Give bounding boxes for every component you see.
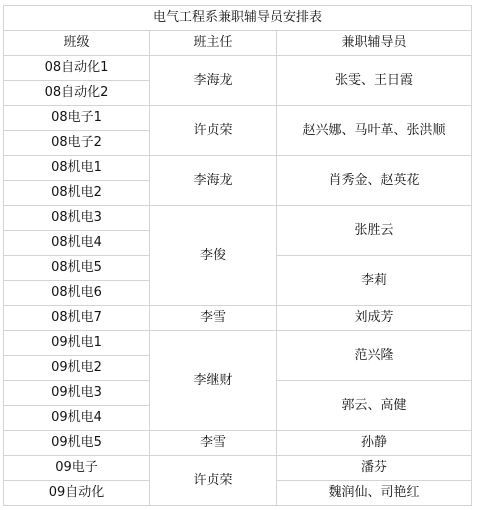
counselor-cell: 赵兴娜、马叶革、张洪顺: [277, 106, 472, 156]
table-row: 08电子1 许贞荣 赵兴娜、马叶革、张洪顺: [4, 106, 472, 131]
class-cell: 08电子2: [4, 131, 150, 156]
table-row: 08机电3 李俊 张胜云: [4, 206, 472, 231]
counselor-cell: 潘芬: [277, 456, 472, 481]
class-cell: 08自动化2: [4, 81, 150, 106]
class-cell: 08机电4: [4, 231, 150, 256]
class-cell: 09机电2: [4, 356, 150, 381]
class-cell: 08机电5: [4, 256, 150, 281]
counselor-cell: 郭云、高健: [277, 381, 472, 431]
counselor-cell: 张雯、王日霞: [277, 56, 472, 106]
head-teacher-cell: 李继财: [150, 331, 277, 431]
class-cell: 08机电1: [4, 156, 150, 181]
title-row: 电气工程系兼职辅导员安排表: [4, 6, 472, 31]
counselor-cell: 李莉: [277, 256, 472, 306]
class-cell: 09机电4: [4, 406, 150, 431]
table-row: 08自动化1 李海龙 张雯、王日霞: [4, 56, 472, 81]
counselor-cell: 范兴隆: [277, 331, 472, 381]
head-teacher-cell: 许贞荣: [150, 456, 277, 506]
header-class: 班级: [4, 31, 150, 56]
class-cell: 09机电5: [4, 431, 150, 456]
header-counselor: 兼职辅导员: [277, 31, 472, 56]
class-cell: 08机电2: [4, 181, 150, 206]
table-row: 09机电1 李继财 范兴隆: [4, 331, 472, 356]
class-cell: 08自动化1: [4, 56, 150, 81]
head-teacher-cell: 李雪: [150, 306, 277, 331]
table-title: 电气工程系兼职辅导员安排表: [4, 6, 472, 31]
head-teacher-cell: 李海龙: [150, 56, 277, 106]
table-row: 09电子 许贞荣 潘芬: [4, 456, 472, 481]
class-cell: 08机电7: [4, 306, 150, 331]
head-teacher-cell: 李雪: [150, 431, 277, 456]
class-cell: 08电子1: [4, 106, 150, 131]
table-row: 08机电1 李海龙 肖秀金、赵英花: [4, 156, 472, 181]
header-head-teacher: 班主任: [150, 31, 277, 56]
class-cell: 08机电6: [4, 281, 150, 306]
counselor-cell: 孙静: [277, 431, 472, 456]
class-cell: 09机电1: [4, 331, 150, 356]
counselor-schedule-table: 电气工程系兼职辅导员安排表 班级 班主任 兼职辅导员 08自动化1 李海龙 张雯…: [3, 5, 472, 506]
header-row: 班级 班主任 兼职辅导员: [4, 31, 472, 56]
class-cell: 09机电3: [4, 381, 150, 406]
counselor-cell: 刘成芳: [277, 306, 472, 331]
table-row: 08机电7 李雪 刘成芳: [4, 306, 472, 331]
head-teacher-cell: 李俊: [150, 206, 277, 306]
class-cell: 09电子: [4, 456, 150, 481]
class-cell: 08机电3: [4, 206, 150, 231]
class-cell: 09自动化: [4, 481, 150, 506]
counselor-cell: 肖秀金、赵英花: [277, 156, 472, 206]
head-teacher-cell: 许贞荣: [150, 106, 277, 156]
head-teacher-cell: 李海龙: [150, 156, 277, 206]
counselor-cell: 张胜云: [277, 206, 472, 256]
table-row: 09机电5 李雪 孙静: [4, 431, 472, 456]
counselor-cell: 魏润仙、司艳红: [277, 481, 472, 506]
